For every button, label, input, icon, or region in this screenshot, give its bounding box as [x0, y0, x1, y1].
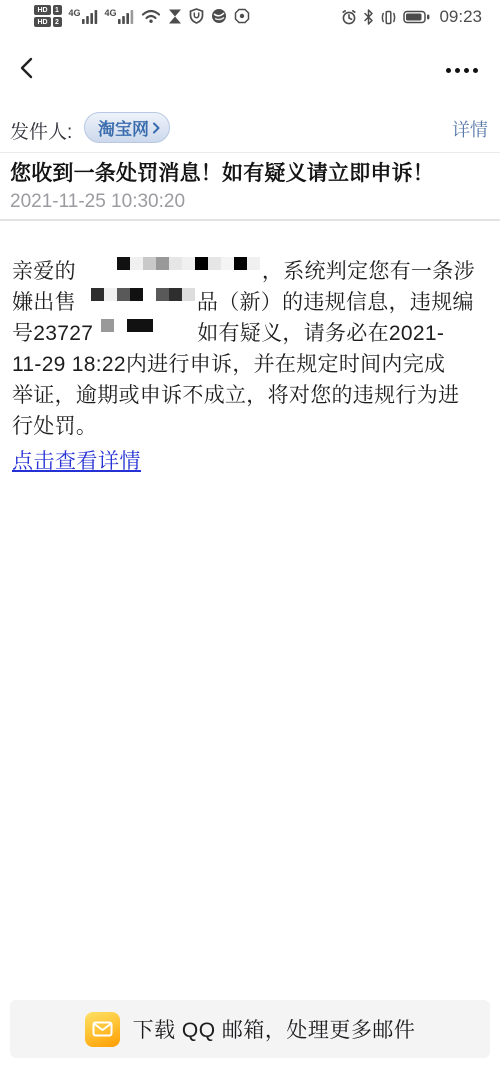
sender-badge-label: 淘宝网 [98, 115, 149, 140]
banner-text: 下载 QQ 邮箱，处理更多邮件 [133, 1014, 416, 1044]
body-text: 如有疑义，请务必在2021- [197, 322, 444, 345]
ellipsis-icon [446, 68, 451, 73]
body-text: 行处罚。 [12, 415, 97, 438]
body-line: 嫌出售品（新）的违规信息，违规编 [12, 287, 492, 318]
back-button[interactable] [12, 54, 44, 86]
email-subject: 您收到一条处罚消息！如有疑义请立即申诉！ [10, 157, 494, 187]
alarm-icon [341, 9, 357, 25]
email-body-lines: 亲爱的，系统判定您有一条涉嫌出售品（新）的违规信息，违规编号23727如有疑义，… [12, 256, 492, 442]
email-view-screen: HD1 HD2 4G 4G [0, 0, 500, 1083]
status-time: 09:23 [439, 7, 482, 27]
email-date: 2021-11-25 10:30:20 [10, 191, 185, 213]
divider [0, 219, 500, 221]
body-text: 11-29 18:22内进行申诉，并在规定时间内完成 [12, 353, 445, 376]
body-text: 嫌出售 [12, 291, 76, 314]
body-text: ，系统判定您有一条涉 [262, 260, 475, 283]
email-body: 亲爱的，系统判定您有一条涉嫌出售品（新）的违规信息，违规编号23727如有疑义，… [12, 256, 492, 475]
body-line: 行处罚。 [12, 411, 492, 442]
body-line: 举证，逾期或申诉不成立，将对您的违规行为进 [12, 380, 492, 411]
body-text: 品（新）的违规信息，违规编 [197, 291, 474, 314]
shield-icon [189, 8, 204, 24]
nav-bar [0, 44, 500, 96]
eye-protection-icon [234, 8, 250, 24]
divider [0, 152, 500, 153]
sender-badge-taobao[interactable]: 淘宝网 [84, 112, 170, 143]
sender-label: 发件人: [10, 117, 72, 144]
data-saver-icon [211, 8, 227, 24]
view-details-link[interactable]: 点击查看详情 [12, 445, 141, 475]
redacted-block [101, 319, 179, 345]
timer-hourglass-icon [168, 9, 182, 24]
body-text: 亲爱的 [12, 260, 76, 283]
status-bar: HD1 HD2 4G 4G [0, 0, 500, 36]
redacted-block [78, 257, 260, 283]
sender-row: 发件人: 淘宝网 详情 [0, 104, 500, 152]
body-line: 11-29 18:22内进行申诉，并在规定时间内完成 [12, 349, 492, 380]
more-menu-button[interactable] [440, 56, 484, 84]
body-line: 号23727如有疑义，请务必在2021- [12, 318, 492, 349]
body-line: 亲爱的，系统判定您有一条涉 [12, 256, 492, 287]
wifi-icon [141, 8, 161, 24]
status-bar-right: 09:23 [341, 7, 482, 27]
body-text: 号23727 [12, 322, 93, 345]
vibrate-icon [380, 10, 397, 25]
volte-hd-sim2-icon: HD2 [34, 17, 62, 27]
body-text: 举证，逾期或申诉不成立，将对您的违规行为进 [12, 384, 459, 407]
qq-mail-envelope-icon [85, 1012, 120, 1047]
signal-sim2-icon: 4G [105, 9, 134, 24]
battery-icon [403, 10, 430, 24]
volte-hd-sim1-icon: HD1 [34, 5, 62, 15]
redacted-block [78, 288, 195, 314]
qqmail-download-banner[interactable]: 下载 QQ 邮箱，处理更多邮件 [10, 1000, 490, 1058]
details-link[interactable]: 详情 [452, 116, 488, 142]
chevron-left-icon [16, 55, 40, 86]
bluetooth-icon [363, 9, 374, 25]
volte-hd-icons: HD1 HD2 [34, 5, 62, 27]
chevron-right-icon [151, 121, 161, 135]
signal-sim1-icon: 4G [69, 9, 98, 24]
status-bar-left: HD1 HD2 4G 4G [34, 5, 250, 27]
